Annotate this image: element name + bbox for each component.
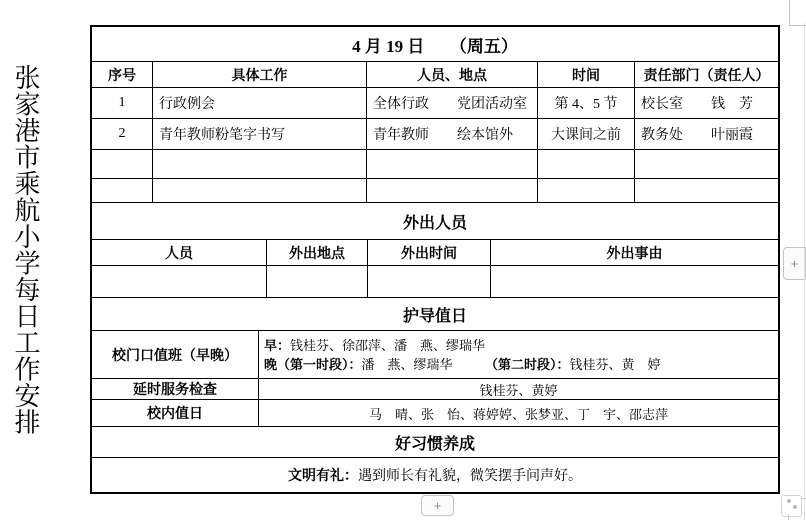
cell-work[interactable]: 行政例会 [153,88,367,118]
date-title-cell[interactable]: 4 月 19 日 （周五） [92,27,778,61]
cell-out-reason[interactable] [491,266,778,297]
cell-dept[interactable]: 校长室 钱 芳 [635,88,778,118]
main-header-row: 序号 具体工作 人员、地点 时间 责任部门（责任人） [92,62,778,88]
col-header-dept[interactable]: 责任部门（责任人） [635,62,778,87]
cell-work[interactable]: 青年教师粉笔字书写 [153,119,367,149]
campus-duty-label[interactable]: 校内值日 [92,400,259,426]
duty-section-row: 护导值日 [92,298,778,331]
col-header-out-reason[interactable]: 外出事由 [491,240,778,265]
cell-out-person[interactable] [92,266,267,297]
cell-work[interactable] [153,150,367,178]
col-header-people-place[interactable]: 人员、地点 [367,62,538,87]
outgoing-header-row: 人员 外出地点 外出时间 外出事由 [92,240,778,266]
cell-people-place[interactable]: 青年教师 绘本馆外 [367,119,538,149]
col-header-time[interactable]: 时间 [538,62,635,87]
section-title-duty[interactable]: 护导值日 [92,298,778,330]
cell-time[interactable]: 大课间之前 [538,119,635,149]
habit-content-row: 文明有礼：遇到师长有礼貌，微笑摆手问声好。 [92,458,778,492]
cell-people-place[interactable] [367,150,538,178]
campus-duty-row: 校内值日 马 晴、张 怡、蒋婷婷、张梦亚、丁 宇、邵志萍 [92,400,778,427]
campus-duty-content[interactable]: 马 晴、张 怡、蒋婷婷、张梦亚、丁 宇、邵志萍 [259,400,778,426]
delay-check-content[interactable]: 钱桂芬、黄婷 [259,379,778,399]
delay-check-row: 延时服务检查 钱桂芬、黄婷 [92,379,778,400]
cell-people-place[interactable] [367,179,538,202]
cell-no[interactable]: 2 [92,119,153,149]
page-edge-line [804,22,805,520]
cell-time[interactable]: 第 4、5 节 [538,88,635,118]
col-header-person[interactable]: 人员 [92,240,267,265]
table-row: 2 青年教师粉笔字书写 青年教师 绘本馆外 大课间之前 教务处 叶丽霞 [92,119,778,150]
delay-check-label[interactable]: 延时服务检查 [92,379,259,399]
add-row-button[interactable]: + [421,495,454,516]
section-title-outgoing[interactable]: 外出人员 [92,203,778,239]
gate-duty-evening-line: 晚（第一时段）：潘 燕、缪瑞华 （第二时段）：钱桂芬、黄 婷 [264,355,661,374]
cell-out-place[interactable] [267,266,368,297]
date-title-row: 4 月 19 日 （周五） [92,27,778,62]
col-header-no[interactable]: 序号 [92,62,153,87]
table-row: 1 行政例会 全体行政 党团活动室 第 4、5 节 校长室 钱 芳 [92,88,778,119]
cell-work[interactable] [153,179,367,202]
daily-schedule-table: 4 月 19 日 （周五） 序号 具体工作 人员、地点 时间 责任部门（责任人）… [90,25,780,494]
table-row [92,179,778,203]
table-row [92,150,778,179]
outgoing-section-row: 外出人员 [92,203,778,240]
table-resize-handle[interactable] [781,495,802,517]
cell-dept[interactable] [635,150,778,178]
outgoing-data-row [92,266,778,298]
page-margin-mark-bottom-right-vertical [788,514,789,520]
cell-time[interactable] [538,150,635,178]
cell-people-place[interactable]: 全体行政 党团活动室 [367,88,538,118]
gate-duty-row: 校门口值班（早晚） 早：钱桂芬、徐邵萍、潘 燕、缪瑞华 晚（第一时段）：潘 燕、… [92,331,778,379]
cell-out-time[interactable] [368,266,491,297]
gate-duty-morning-line: 早：钱桂芬、徐邵萍、潘 燕、缪瑞华 [264,336,485,355]
habit-section-row: 好习惯养成 [92,427,778,458]
col-header-work[interactable]: 具体工作 [153,62,367,87]
gate-duty-label[interactable]: 校门口值班（早晚） [92,331,259,378]
vertical-doc-title[interactable]: 张家港市乘航小学每日工作安排 [9,64,41,444]
add-column-button[interactable]: + [783,247,806,280]
cell-dept[interactable] [635,179,778,202]
resize-arrows-icon [786,497,798,515]
cell-no[interactable] [92,179,153,202]
col-header-out-time[interactable]: 外出时间 [368,240,491,265]
gate-duty-content[interactable]: 早：钱桂芬、徐邵萍、潘 燕、缪瑞华 晚（第一时段）：潘 燕、缪瑞华 （第二时段）… [259,331,778,378]
cell-time[interactable] [538,179,635,202]
cell-dept[interactable]: 教务处 叶丽霞 [635,119,778,149]
cell-no[interactable] [92,150,153,178]
cell-no[interactable]: 1 [92,88,153,118]
habit-content-cell[interactable]: 文明有礼：遇到师长有礼貌，微笑摆手问声好。 [92,458,778,492]
page-margin-mark-top-right-vertical [789,0,790,25]
section-title-habit[interactable]: 好习惯养成 [92,427,778,457]
col-header-out-place[interactable]: 外出地点 [267,240,368,265]
